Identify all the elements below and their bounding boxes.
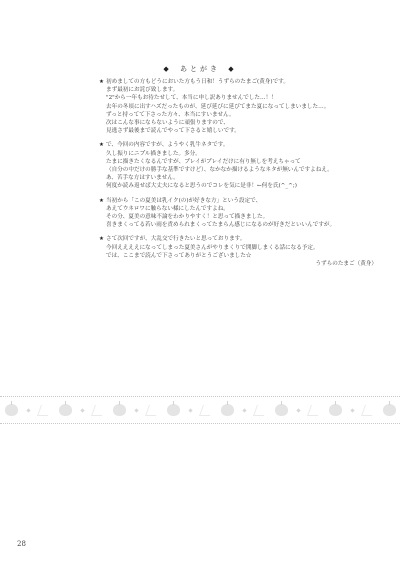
dot-motif-icon: [350, 408, 354, 412]
sprig-motif-icon: [144, 405, 159, 416]
text-line: 見逃さず最後まで読んでやって下さると嬉しいです。: [99, 127, 389, 135]
text-line: "2"から一年もお待たせして、本当に申し訳ありませんでした…！！: [99, 94, 389, 102]
text-line: その分、夏美の意味不論をわかりやすく！と思って描きました。: [99, 213, 389, 221]
dot-motif-icon: [296, 408, 300, 412]
decorative-band: [0, 396, 400, 424]
dotted-rule-bottom: [0, 423, 400, 424]
star-bullet-icon: ★: [99, 197, 106, 205]
dot-motif-icon: [242, 408, 246, 412]
page-number: 28: [17, 540, 26, 548]
text-line: 久し振りにニプル描きました。多分。: [99, 150, 389, 158]
page-title: ◆ あとがき ◆: [0, 64, 400, 74]
dotted-rule-top: [0, 396, 400, 397]
sprig-motif-icon: [252, 405, 267, 416]
paragraph-content: ★で、今回の内容ですが、ようやく乳牛ネタです。 久し振りにニプル描きました。多分…: [99, 141, 389, 190]
text-line: 去年の冬頃に出すハズだったものが、延び延びに延びてまた夏になってしまいました…。: [99, 103, 389, 111]
star-bullet-icon: ★: [99, 235, 106, 243]
text-line: ★初めましての方もどうにおいた方もう日和！うずらのたまご(黄身)です。: [99, 78, 389, 86]
sprig-motif-icon: [306, 405, 321, 416]
text-line: あ、苦手な方はすいません。: [99, 174, 389, 182]
text-line: 次はこんな事にならないように頑張りますので、: [99, 119, 389, 127]
diamond-ornament-icon: ◆: [228, 65, 236, 73]
star-bullet-icon: ★: [99, 78, 106, 86]
text-line: あえてウネロワに触らない様にしたんですよね。: [99, 205, 389, 213]
paragraph-next: ★さて次回ですが、大乱交で行きたいと思っております。 今回ええええになってしまっ…: [99, 235, 389, 268]
text-line: 何度か読み返せば大丈夫になると思うのでコレを気に是非！←何を氏(^_^;): [99, 182, 389, 190]
apple-motif-icon: [113, 404, 126, 416]
text-line: ★で、今回の内容ですが、ようやく乳牛ネタです。: [99, 141, 389, 149]
dot-motif-icon: [134, 408, 138, 412]
text-line: たまに描きたくなるんですが、プレイがプレイだけに有り無しを考えちゃって: [99, 158, 389, 166]
star-bullet-icon: ★: [99, 141, 106, 149]
afterword-body: ★初めましての方もどうにおいた方もう日和！うずらのたまご(黄身)です。 まず最初…: [99, 78, 389, 274]
author-signature: うずらのたまご（黄身）: [99, 260, 389, 268]
band-motifs: [0, 401, 400, 419]
text-line: ★さて次回ですが、大乱交で行きたいと思っております。: [99, 235, 389, 243]
dot-motif-icon: [80, 408, 84, 412]
text-line: 喜きまくってる若い雨を責められまくってたまらん感じになるのが好きだといいんですが…: [99, 221, 389, 229]
apple-motif-icon: [167, 404, 180, 416]
dot-motif-icon: [188, 408, 192, 412]
sprig-motif-icon: [198, 405, 213, 416]
apple-motif-icon: [275, 404, 288, 416]
text-line: 今回ええええになってしまった夏美さんがやりまくりで開脚しまくる話になる予定。: [99, 244, 389, 252]
title-text: あとがき: [180, 65, 220, 73]
apple-motif-icon: [383, 404, 396, 416]
apple-motif-icon: [5, 404, 18, 416]
apple-motif-icon: [59, 404, 72, 416]
paragraph-greeting: ★初めましての方もどうにおいた方もう日和！うずらのたまご(黄身)です。 まず最初…: [99, 78, 389, 135]
dot-motif-icon: [26, 408, 30, 412]
text-line: では、ここまで読んで下さってありがとうございました☆: [99, 252, 389, 260]
paragraph-setting: ★当初から「この夏美は乳イク(の)が好きな方」という設定で、 あえてウネロワに触…: [99, 197, 389, 230]
text-line: ★当初から「この夏美は乳イク(の)が好きな方」という設定で、: [99, 197, 389, 205]
sprig-motif-icon: [360, 405, 375, 416]
document-page: ◆ あとがき ◆ ★初めましての方もどうにおいた方もう日和！うずらのたまご(黄身…: [0, 0, 400, 572]
text-line: （自分の中だけの勝手な基準ですけど）、なかなか描けるようなネタが無いんですよねえ…: [99, 166, 389, 174]
text-line: ずっと持ってて下さった方々、本当にすいません。: [99, 111, 389, 119]
apple-motif-icon: [221, 404, 234, 416]
text-line: まず最初にお詫び致します。: [99, 86, 389, 94]
sprig-motif-icon: [36, 405, 51, 416]
sprig-motif-icon: [90, 405, 105, 416]
apple-motif-icon: [329, 404, 342, 416]
diamond-ornament-icon: ◆: [163, 65, 171, 73]
